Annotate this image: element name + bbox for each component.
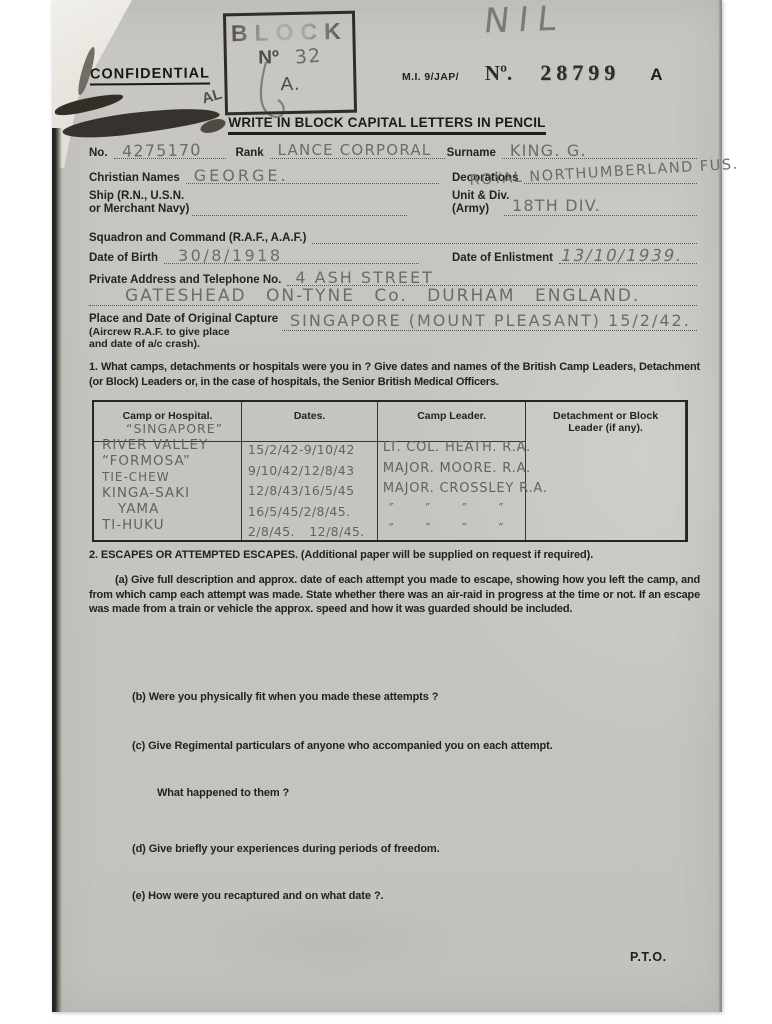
unit-field-row: 18TH DIV.: [504, 200, 697, 216]
confidential-stamp: CONFIDENTIAL: [90, 65, 210, 85]
christian-names-value: GEORGE.: [194, 166, 289, 185]
no-field: 4275170: [114, 143, 226, 159]
question-1: 1. What camps, detachments or hospitals …: [89, 360, 700, 389]
capture-label: Place and Date of Original Capture (Airc…: [89, 313, 278, 351]
form-heading: WRITE IN BLOCK CAPITAL LETTERS IN PENCIL: [52, 114, 722, 135]
date-of-birth-field: 30/8/1918: [164, 248, 419, 264]
surname-value: KING. G.: [510, 141, 587, 160]
block-no-label: Nº: [258, 47, 279, 69]
mi9-reference: M.I. 9/JAP/ Nº. 28799 A: [402, 60, 663, 86]
question-2c: (c) Give Regimental particulars of anyon…: [132, 740, 553, 752]
rank-label: Rank: [236, 147, 270, 159]
row-christian-names: Christian Names GEORGE.: [89, 168, 439, 184]
question-2c-followup: What happened to them ?: [157, 787, 289, 799]
enlistment-value: 13/10/1939.: [559, 246, 685, 265]
enlistment-label: Date of Enlistment: [452, 252, 559, 264]
row-date-of-birth: Date of Birth 30/8/1918: [89, 248, 419, 264]
date-of-birth-label: Date of Birth: [89, 252, 164, 264]
camp-table-header-detachment: Detachment or Block Leader (if any).: [526, 402, 685, 442]
camp-table-col-detachment: Detachment or Block Leader (if any).: [526, 402, 686, 540]
no-value: 4275170: [121, 140, 201, 160]
address-value-line1: 4 ASH STREET: [295, 268, 434, 287]
surname-field: KING. G.: [502, 143, 697, 159]
squadron-label: Squadron and Command (R.A.F., A.A.F.): [89, 232, 312, 244]
camp-table-col-leader: Camp Leader.: [378, 402, 526, 540]
rank-value: LANCE CORPORAL: [278, 141, 432, 159]
mi9-no-label: Nº.: [485, 61, 512, 86]
unit-value-line2: 18TH DIV.: [512, 196, 601, 215]
unit-label: Unit & Div. (Army): [452, 190, 509, 215]
page-right-edge: [718, 0, 722, 1012]
surname-label: Surname: [445, 147, 502, 159]
block-stamp-word: BLOCK: [226, 18, 353, 48]
row-squadron: Squadron and Command (R.A.F., A.A.F.): [89, 228, 697, 244]
unit-value-line1: ROYAL NORTHUMBERLAND FUS.: [469, 157, 739, 189]
mi9-prefix: M.I. 9/JAP/: [402, 71, 459, 83]
rank-field: LANCE CORPORAL: [270, 143, 445, 159]
row-no-rank-surname: No. 4275170 Rank LANCE CORPORAL Surname …: [89, 143, 697, 159]
row-enlistment: Date of Enlistment 13/10/1939.: [452, 248, 697, 264]
block-number-stamp-box: BLOCK Nº 32 A.: [223, 11, 357, 116]
no-label: No.: [89, 147, 114, 159]
scanned-form-page: CONFIDENTIAL AL BLOCK Nº 32 A. NIL M.I. …: [52, 0, 722, 1012]
capture-value: SINGAPORE (MOUNT PLEASANT) 15/2/42.: [290, 311, 691, 330]
camp-table-header-camp: Camp or Hospital.: [94, 402, 241, 442]
question-2e: (e) How were you recaptured and on what …: [132, 890, 383, 902]
ship-field-row: [192, 200, 407, 216]
squadron-field: [312, 228, 697, 244]
capture-field: SINGAPORE (MOUNT PLEASANT) 15/2/42.: [282, 308, 697, 331]
unit-field: 18TH DIV.: [504, 200, 697, 216]
mi9-suffix-letter: A: [650, 65, 662, 85]
address-value-line2: GATESHEAD ON-TYNE Co. DURHAM ENGLAND.: [125, 286, 640, 306]
ship-label: Ship (R.N., U.S.N. or Merchant Navy): [89, 190, 189, 215]
address-field-line1: 4 ASH STREET: [287, 270, 697, 286]
confidential-stamp-fragment: AL: [200, 86, 224, 108]
camp-table: Camp or Hospital. Dates. Camp Leader. De…: [92, 400, 688, 542]
question-2d: (d) Give briefly your experiences during…: [132, 843, 440, 855]
address-field-line2: GATESHEAD ON-TYNE Co. DURHAM ENGLAND.: [89, 290, 697, 306]
block-letter: A.: [227, 73, 353, 98]
row-address: Private Address and Telephone No. 4 ASH …: [89, 270, 697, 286]
mi9-serial-number: 28799: [540, 60, 620, 86]
camp-table-col-camp: Camp or Hospital.: [94, 402, 242, 540]
pto-label: P.T.O.: [630, 950, 667, 964]
camp-table-header-dates: Dates.: [242, 402, 377, 442]
nil-annotation: NIL: [482, 0, 568, 42]
camp-table-col-dates: Dates.: [242, 402, 378, 540]
christian-names-label: Christian Names: [89, 172, 186, 184]
section-2-heading: 2. ESCAPES OR ATTEMPTED ESCAPES. (Additi…: [89, 549, 593, 561]
camp-table-header-leader: Camp Leader.: [378, 402, 525, 442]
capture-field-row: SINGAPORE (MOUNT PLEASANT) 15/2/42.: [282, 308, 697, 331]
address-label: Private Address and Telephone No.: [89, 274, 287, 286]
question-2a: (a) Give full description and approx. da…: [89, 573, 700, 617]
block-no-value: 32: [294, 44, 322, 68]
question-2b: (b) Were you physically fit when you mad…: [132, 691, 438, 703]
ship-field: [192, 200, 407, 216]
row-address-line2: GATESHEAD ON-TYNE Co. DURHAM ENGLAND.: [89, 290, 697, 306]
date-of-birth-value: 30/8/1918: [178, 246, 283, 265]
page-left-edge: [52, 128, 62, 1012]
enlistment-field: 13/10/1939.: [559, 248, 697, 264]
christian-names-field: GEORGE.: [186, 168, 439, 184]
